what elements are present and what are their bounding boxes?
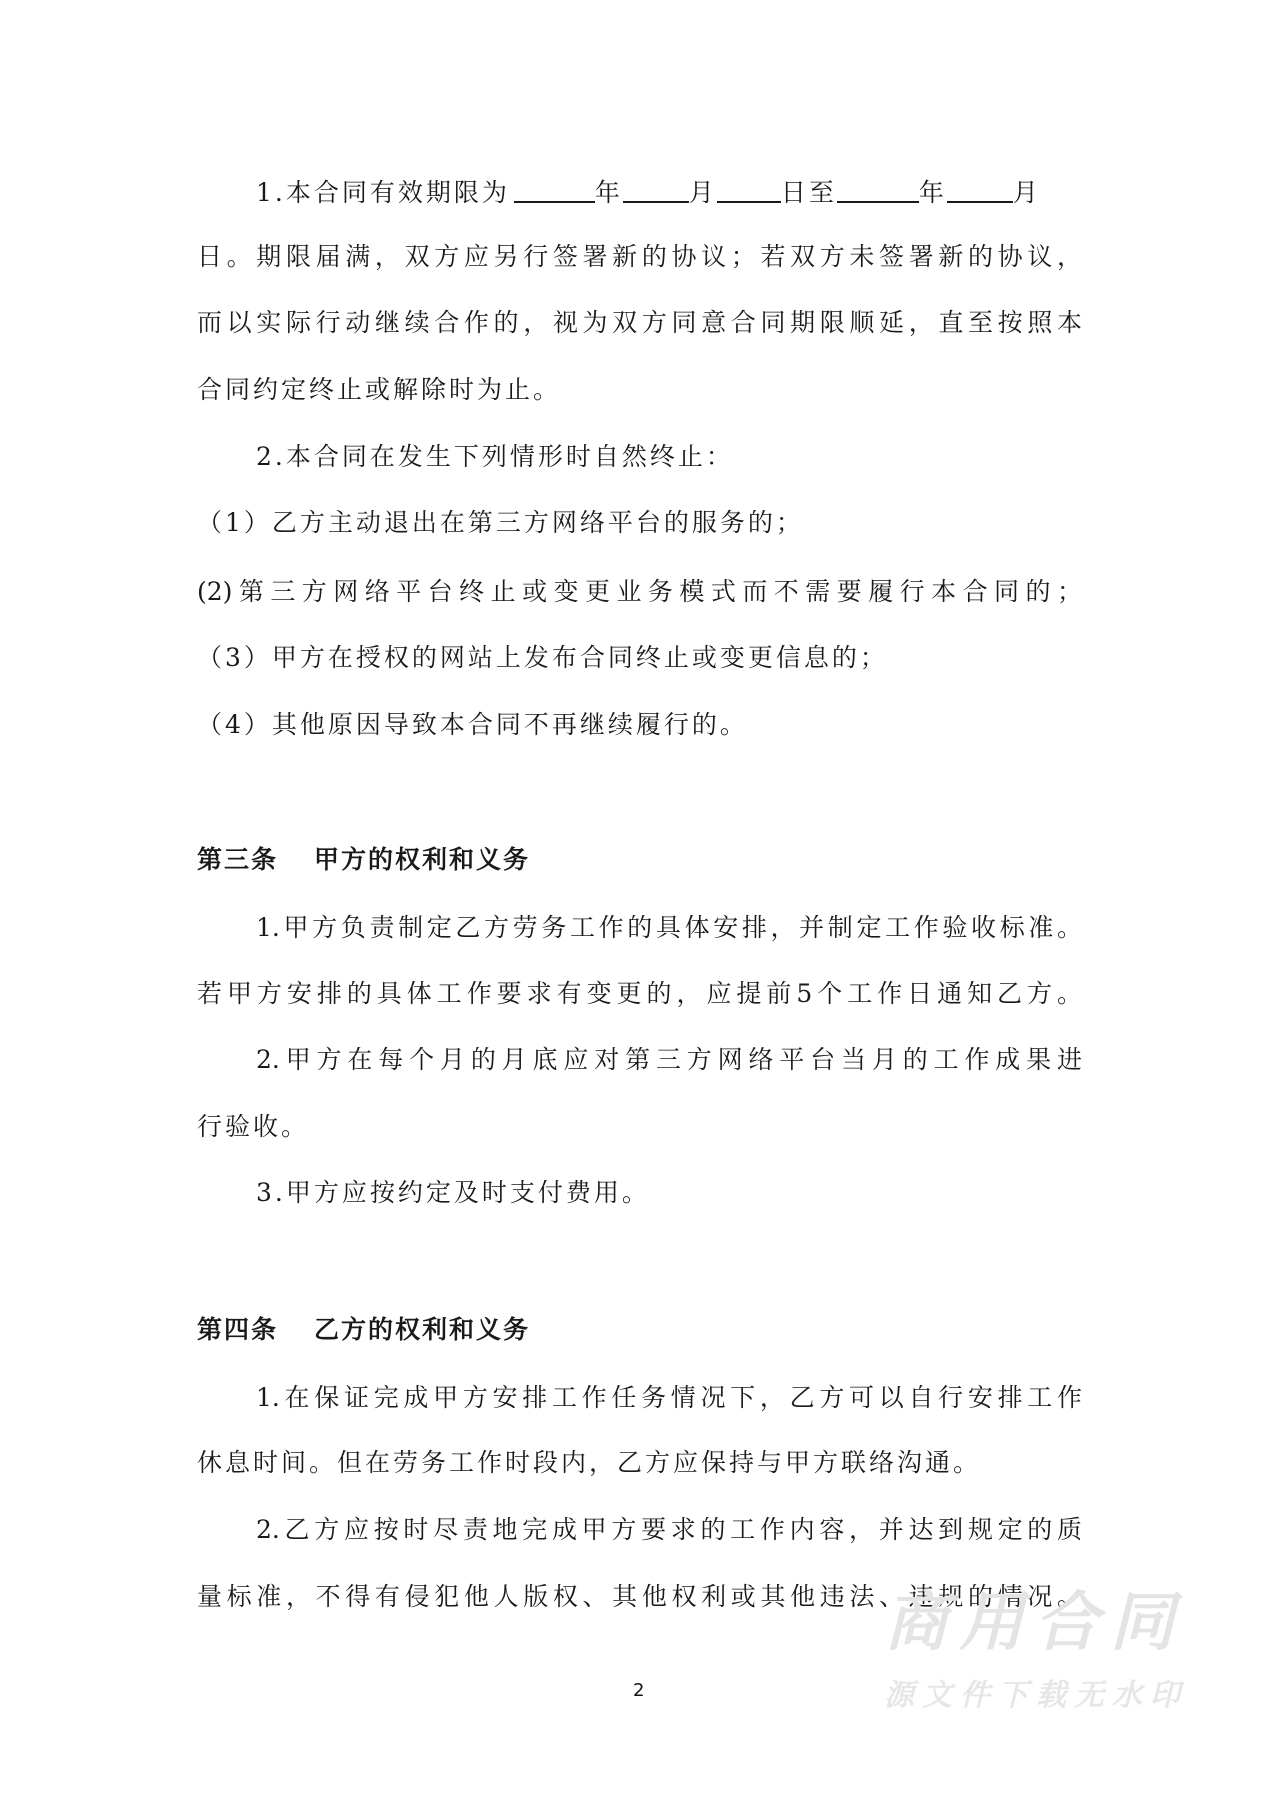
blank-start-year[interactable] (514, 175, 595, 203)
clause1-line4: 合同约定终止或解除时为止。 (197, 373, 1082, 407)
article4-line2: 休息时间。但在劳务工作时段内，乙方应保持与甲方联络沟通。 (197, 1446, 1082, 1480)
clause1-prefix: 1.本合同有效期限为 (256, 178, 510, 207)
article3-line2: 若甲方安排的具体工作要求有变更的，应提前5个工作日通知乙方。 (197, 977, 1082, 1011)
article3-line5: 3.甲方应按约定及时支付费用。 (256, 1176, 1082, 1210)
blank-end-year[interactable] (837, 175, 919, 203)
article3-line4: 行验收。 (197, 1110, 1082, 1144)
blank-start-month[interactable] (623, 175, 689, 203)
label-month: 月 (689, 178, 717, 207)
blank-end-month[interactable] (947, 175, 1013, 203)
article4-line1: 1.在保证完成甲方安排工作任务情况下，乙方可以自行安排工作 (256, 1381, 1082, 1415)
article3-title: 甲方的权利和义务 (314, 845, 530, 874)
label-month-end: 月 (1013, 178, 1041, 207)
page-number: 2 (633, 1680, 644, 1701)
label-year: 年 (595, 178, 623, 207)
termination-item-2: (2)第三方网络平台终止或变更业务模式而不需要履行本合同的； (197, 575, 1082, 609)
article3-heading: 第三条甲方的权利和义务 (197, 843, 1082, 877)
clause2-intro: 2.本合同在发生下列情形时自然终止： (256, 440, 1082, 474)
article3-number: 第三条 (197, 845, 278, 874)
label-year-end: 年 (919, 178, 947, 207)
article4-heading: 第四条乙方的权利和义务 (197, 1313, 1082, 1347)
watermark-subtitle: 源文件下载无水印 (884, 1680, 1180, 1712)
article4-title: 乙方的权利和义务 (314, 1315, 530, 1344)
clause1-line2: 日。期限届满，双方应另行签署新的协议；若双方未签署新的协议， (197, 240, 1082, 274)
article4-number: 第四条 (197, 1315, 278, 1344)
article3-line3: 2.甲方在每个月的月底应对第三方网络平台当月的工作成果进 (256, 1043, 1082, 1077)
document-page: 1.本合同有效期限为年月日至年月 日。期限届满，双方应另行签署新的协议；若双方未… (0, 0, 1280, 1810)
watermark-logo: 商用合同 (884, 1588, 1180, 1658)
termination-item-3: （3）甲方在授权的网站上发布合同终止或变更信息的； (197, 641, 1082, 675)
termination-item-4: （4）其他原因导致本合同不再继续履行的。 (197, 708, 1082, 742)
article3-line1: 1.甲方负责制定乙方劳务工作的具体安排，并制定工作验收标准。 (256, 911, 1082, 945)
blank-start-day[interactable] (717, 175, 781, 203)
label-day-to: 日至 (781, 178, 837, 207)
clause1-line3: 而以实际行动继续合作的，视为双方同意合同期限顺延，直至按照本 (197, 306, 1082, 340)
termination-item-1: （1）乙方主动退出在第三方网络平台的服务的； (197, 506, 1082, 540)
article4-line3: 2.乙方应按时尽责地完成甲方要求的工作内容，并达到规定的质 (256, 1513, 1082, 1547)
clause1-line1: 1.本合同有效期限为年月日至年月 (256, 175, 1082, 209)
